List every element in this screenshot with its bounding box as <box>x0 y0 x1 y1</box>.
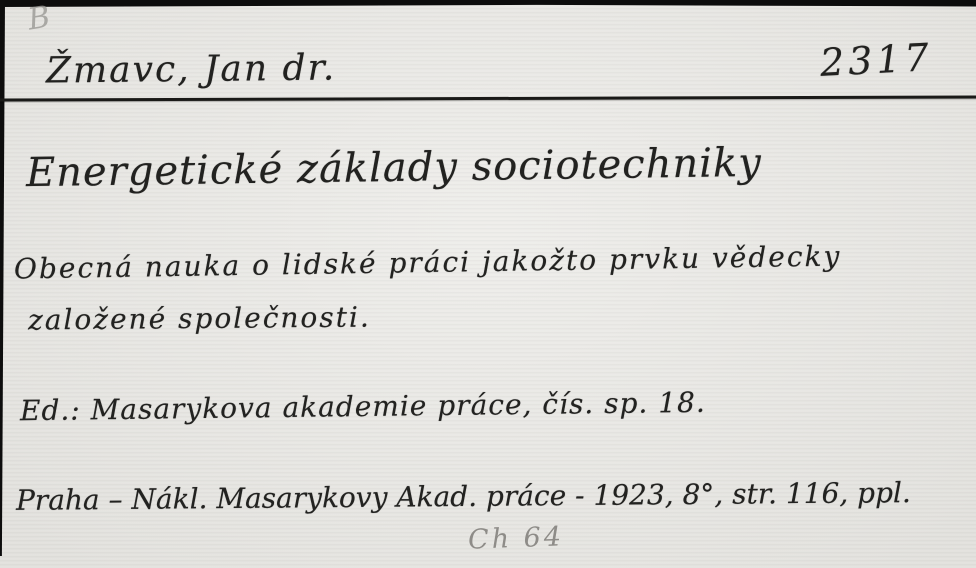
edition-line: Ed.: Masarykova akademie práce, čís. sp.… <box>20 388 706 427</box>
book-title: Energetické základy sociotechniky <box>26 141 762 195</box>
imprint-line: Praha – Nákl. Masarykovy Akad. práce - 1… <box>16 478 911 517</box>
subtitle-line-1: Obecná nauka o lidské práci jakožto prvk… <box>14 242 842 286</box>
author-heading: Žmavc, Jan dr. <box>46 48 337 91</box>
header-rule-line <box>0 95 976 101</box>
catalog-card-scan: B Žmavc, Jan dr. 2317 Energetické základ… <box>0 0 976 568</box>
scan-border-top <box>0 0 976 7</box>
scan-border-left <box>0 0 5 556</box>
pencil-classmark: Ch 64 <box>468 522 565 555</box>
subtitle-line-2: založené společnosti. <box>28 303 371 337</box>
catalog-number: 2317 <box>819 37 934 85</box>
